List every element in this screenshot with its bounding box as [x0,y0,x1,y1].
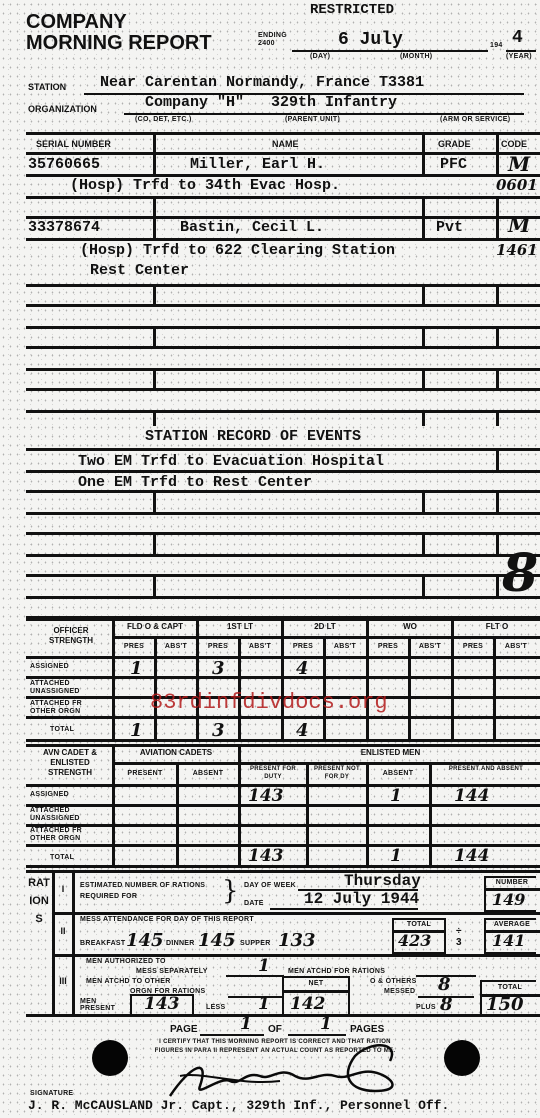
col-header-serial: SERIAL NUMBER [36,139,111,149]
mess-total-label: TOTAL [394,921,444,928]
rations-sec2-num: II [54,926,72,936]
auth-label-2: MESS SEPARATELY [136,968,208,975]
ending-label: ENDING 2400 [258,32,287,48]
subcol-present-and-absent: PRESENT AND ABSENT [432,765,540,773]
org-sublabel-parent: (PARENT UNIT) [285,116,340,123]
year-prefix: 194 [490,42,503,49]
ration-date-value: 12 July 1944 [304,890,419,908]
breakfast-value: 145 [126,930,164,951]
rations-required-label: ESTIMATED NUMBER OF RATIONS REQUIRED FOR [80,880,220,902]
total-absent: 1 [390,846,402,866]
supper-label: SUPPER [240,940,271,947]
page-line [200,1020,264,1036]
title-line-2: MORNING REPORT [26,33,212,54]
watermark: 83rdinfdivdocs.org [150,690,388,715]
assigned-absent: 1 [390,786,402,806]
rations-side-label: RATIONS [28,874,50,928]
auth-value: 1 [258,956,270,976]
others-value: 8 [438,974,451,995]
date-value: 6 July [338,30,403,50]
margin-mark: 8 [502,548,538,600]
group-fld-o-capt: FLD O & CAPT [114,622,196,631]
others-label-1: O & OTHERS [370,978,417,985]
subcol-present-not-for-duty: PRESENT NOT FOR DY [309,765,365,781]
form-title: COMPANY MORNING REPORT [26,12,212,54]
page-label: PAGE [170,1024,198,1035]
day-of-week-value: Thursday [344,872,421,890]
ending-label-bottom: 2400 [258,40,287,48]
col-header-grade: GRADE [438,139,471,149]
total-present-and-absent: 144 [454,846,490,866]
row-label-assigned: ASSIGNED [30,791,69,798]
code: M [508,152,530,176]
subcol-pres: PRES [199,643,237,650]
col-header-code: CODE [501,139,527,149]
org-sublabel-co: (CO, DET, ETC.) [135,116,192,123]
enlisted-strength-table: AVN CADET & ENLISTED STRENGTH AVIATION C… [26,744,540,868]
group-aviation-cadets: AVIATION CADETS [114,748,238,757]
remark: (Hosp) Trfd to 622 Clearing Station [80,242,395,259]
station-label: STATION [28,82,66,92]
station-record-line-2: One EM Trfd to Rest Center [78,474,312,491]
date-sublabel-year: (YEAR) [506,53,532,60]
plus-value: 8 [440,994,453,1015]
ration-total-value: 150 [486,994,524,1015]
day-of-week-label: DAY OF WEEK [244,882,296,889]
row-label-attached-fr-other: ATTACHED FR OTHER ORGN [30,827,110,843]
station-record-line-1: Two EM Trfd to Evacuation Hospital [78,453,384,470]
net-value: 142 [290,994,326,1014]
pages-value: 1 [320,1014,332,1034]
men-present-label: MEN PRESENT [80,998,114,1012]
year-value: 4 [512,28,523,48]
remark: (Hosp) Trfd to 34th Evac Hosp. [70,177,340,194]
atchd-rations-label: MEN ATCHD FOR RATIONS [288,968,385,975]
divide-by-three: ÷3 [456,926,464,948]
total-2dlt-pres: 4 [296,720,309,741]
remark-code: 0601 [496,176,538,194]
classification-stamp: RESTRICTED [310,2,394,18]
dinner-value: 145 [198,930,236,951]
number-value: 149 [492,890,525,909]
subcol-abst: ABS'T [496,643,536,650]
punch-hole-right [444,1040,480,1076]
rations-sec3-num: III [54,976,72,986]
auth-label-1: MEN AUTHORIZED TO [86,958,166,965]
signature-label: SIGNATURE [30,1090,73,1097]
subcol-abst: ABS'T [411,643,449,650]
row-label-total: TOTAL [50,726,74,733]
ration-total-label: TOTAL [482,984,538,991]
assigned-1stlt-pres: 3 [212,658,225,679]
mess-attendance-label: MESS ATTENDANCE FOR DAY OF THIS REPORT [80,916,254,923]
assigned-fld-pres: 1 [130,658,143,679]
brace: } [222,876,239,906]
date-sublabel-day: (DAY) [310,53,330,60]
page-value: 1 [240,1014,252,1034]
code: M [508,213,530,237]
col-header-name: NAME [272,139,299,149]
pages-line [288,1020,346,1036]
subcol-abst: ABS'T [241,643,279,650]
row-label-attached-unassigned: ATTACHED UNASSIGNED [30,680,110,696]
less-label: LESS [206,1004,225,1011]
soldier-name: Bastin, Cecil L. [180,219,324,236]
assigned-2dlt-pres: 4 [296,658,309,679]
group-wo: WO [369,622,451,631]
row-label-attached-unassigned: ATTACHED UNASSIGNED [30,807,110,823]
auth-line [226,960,284,977]
group-enlisted-men: ENLISTED MEN [241,748,540,757]
organization-label: ORGANIZATION [28,104,97,114]
group-2d-lt: 2D LT [284,622,366,631]
group-1st-lt: 1ST LT [199,622,281,631]
pages-label: PAGES [350,1024,384,1035]
dinner-label: DINNER [166,940,195,947]
subcol-em-absent: ABSENT [369,770,427,777]
officer-strength-table: OFFICER STRENGTH FLD O & CAPT 1ST LT 2D … [26,618,540,742]
grade: Pvt [436,219,463,236]
atchd-other-line [228,981,282,998]
subcol-cadets-absent: ABSENT [179,770,237,777]
plus-label: PLUS [416,1004,436,1011]
serial-number: 35760665 [28,156,100,173]
officer-strength-title: OFFICER STRENGTH [34,626,108,646]
remark-line-2: Rest Center [90,262,189,279]
row-label-total: TOTAL [50,854,74,861]
serial-number: 33378674 [28,219,100,236]
soldier-name: Miller, Earl H. [190,156,325,173]
subcol-cadets-present: PRESENT [115,770,175,777]
punch-hole-left [92,1040,128,1076]
subcol-pres: PRES [115,643,153,650]
total-fld-pres: 1 [130,720,143,741]
title-line-1: COMPANY [26,12,212,33]
ending-label-top: ENDING [258,32,287,40]
mess-total-value: 423 [398,931,431,950]
grade: PFC [440,156,467,173]
breakfast-label: BREAKFAST [80,940,125,947]
subcol-abst: ABS'T [326,643,364,650]
organization-value: Company "H" 329th Infantry [145,94,397,111]
org-sublabel-arm: (ARM OR SERVICE) [440,116,510,123]
subcol-present-for-duty: PRESENT FOR DUTY [241,765,305,781]
number-label: NUMBER [486,879,538,886]
supper-value: 133 [278,930,316,951]
assigned-present-and-absent: 144 [454,786,490,806]
date-sublabel-month: (MONTH) [400,53,432,60]
remark-code: 1461 [496,241,538,259]
less-value: 1 [258,994,270,1014]
row-label-assigned: ASSIGNED [30,663,69,670]
men-present-value: 143 [144,994,180,1014]
total-1stlt-pres: 3 [212,720,225,741]
of-label: OF [268,1024,282,1035]
date-label: DATE [244,900,264,907]
average-value: 141 [492,931,525,950]
signature-block: J. R. McCAUSLAND Jr. Capt., 329th Inf., … [28,1098,449,1113]
station-value: Near Carentan Normandy, France T3381 [100,74,424,91]
subcol-pres: PRES [454,643,492,650]
net-label: NET [284,980,348,987]
station-record-title: STATION RECORD OF EVENTS [145,428,361,445]
rations-sec1-num: I [54,884,72,894]
signature-icon [150,1036,410,1106]
atchd-other-label-1: MEN ATCHD TO OTHER [86,978,171,985]
subcol-pres: PRES [284,643,322,650]
average-label: AVERAGE [486,921,538,928]
subcol-pres: PRES [369,643,407,650]
subcol-abst: ABS'T [157,643,195,650]
rations-section: RATIONS I II III ESTIMATED NUMBER OF RAT… [26,870,540,1020]
assigned-present-for-duty: 143 [248,786,284,806]
group-flt-o: FLT O [454,622,540,631]
total-present-for-duty: 143 [248,846,284,866]
row-label-attached-fr-other: ATTACHED FR OTHER ORGN [30,700,110,716]
enlisted-strength-title: AVN CADET & ENLISTED STRENGTH [30,748,110,778]
others-label-2: MESSED [384,988,415,995]
